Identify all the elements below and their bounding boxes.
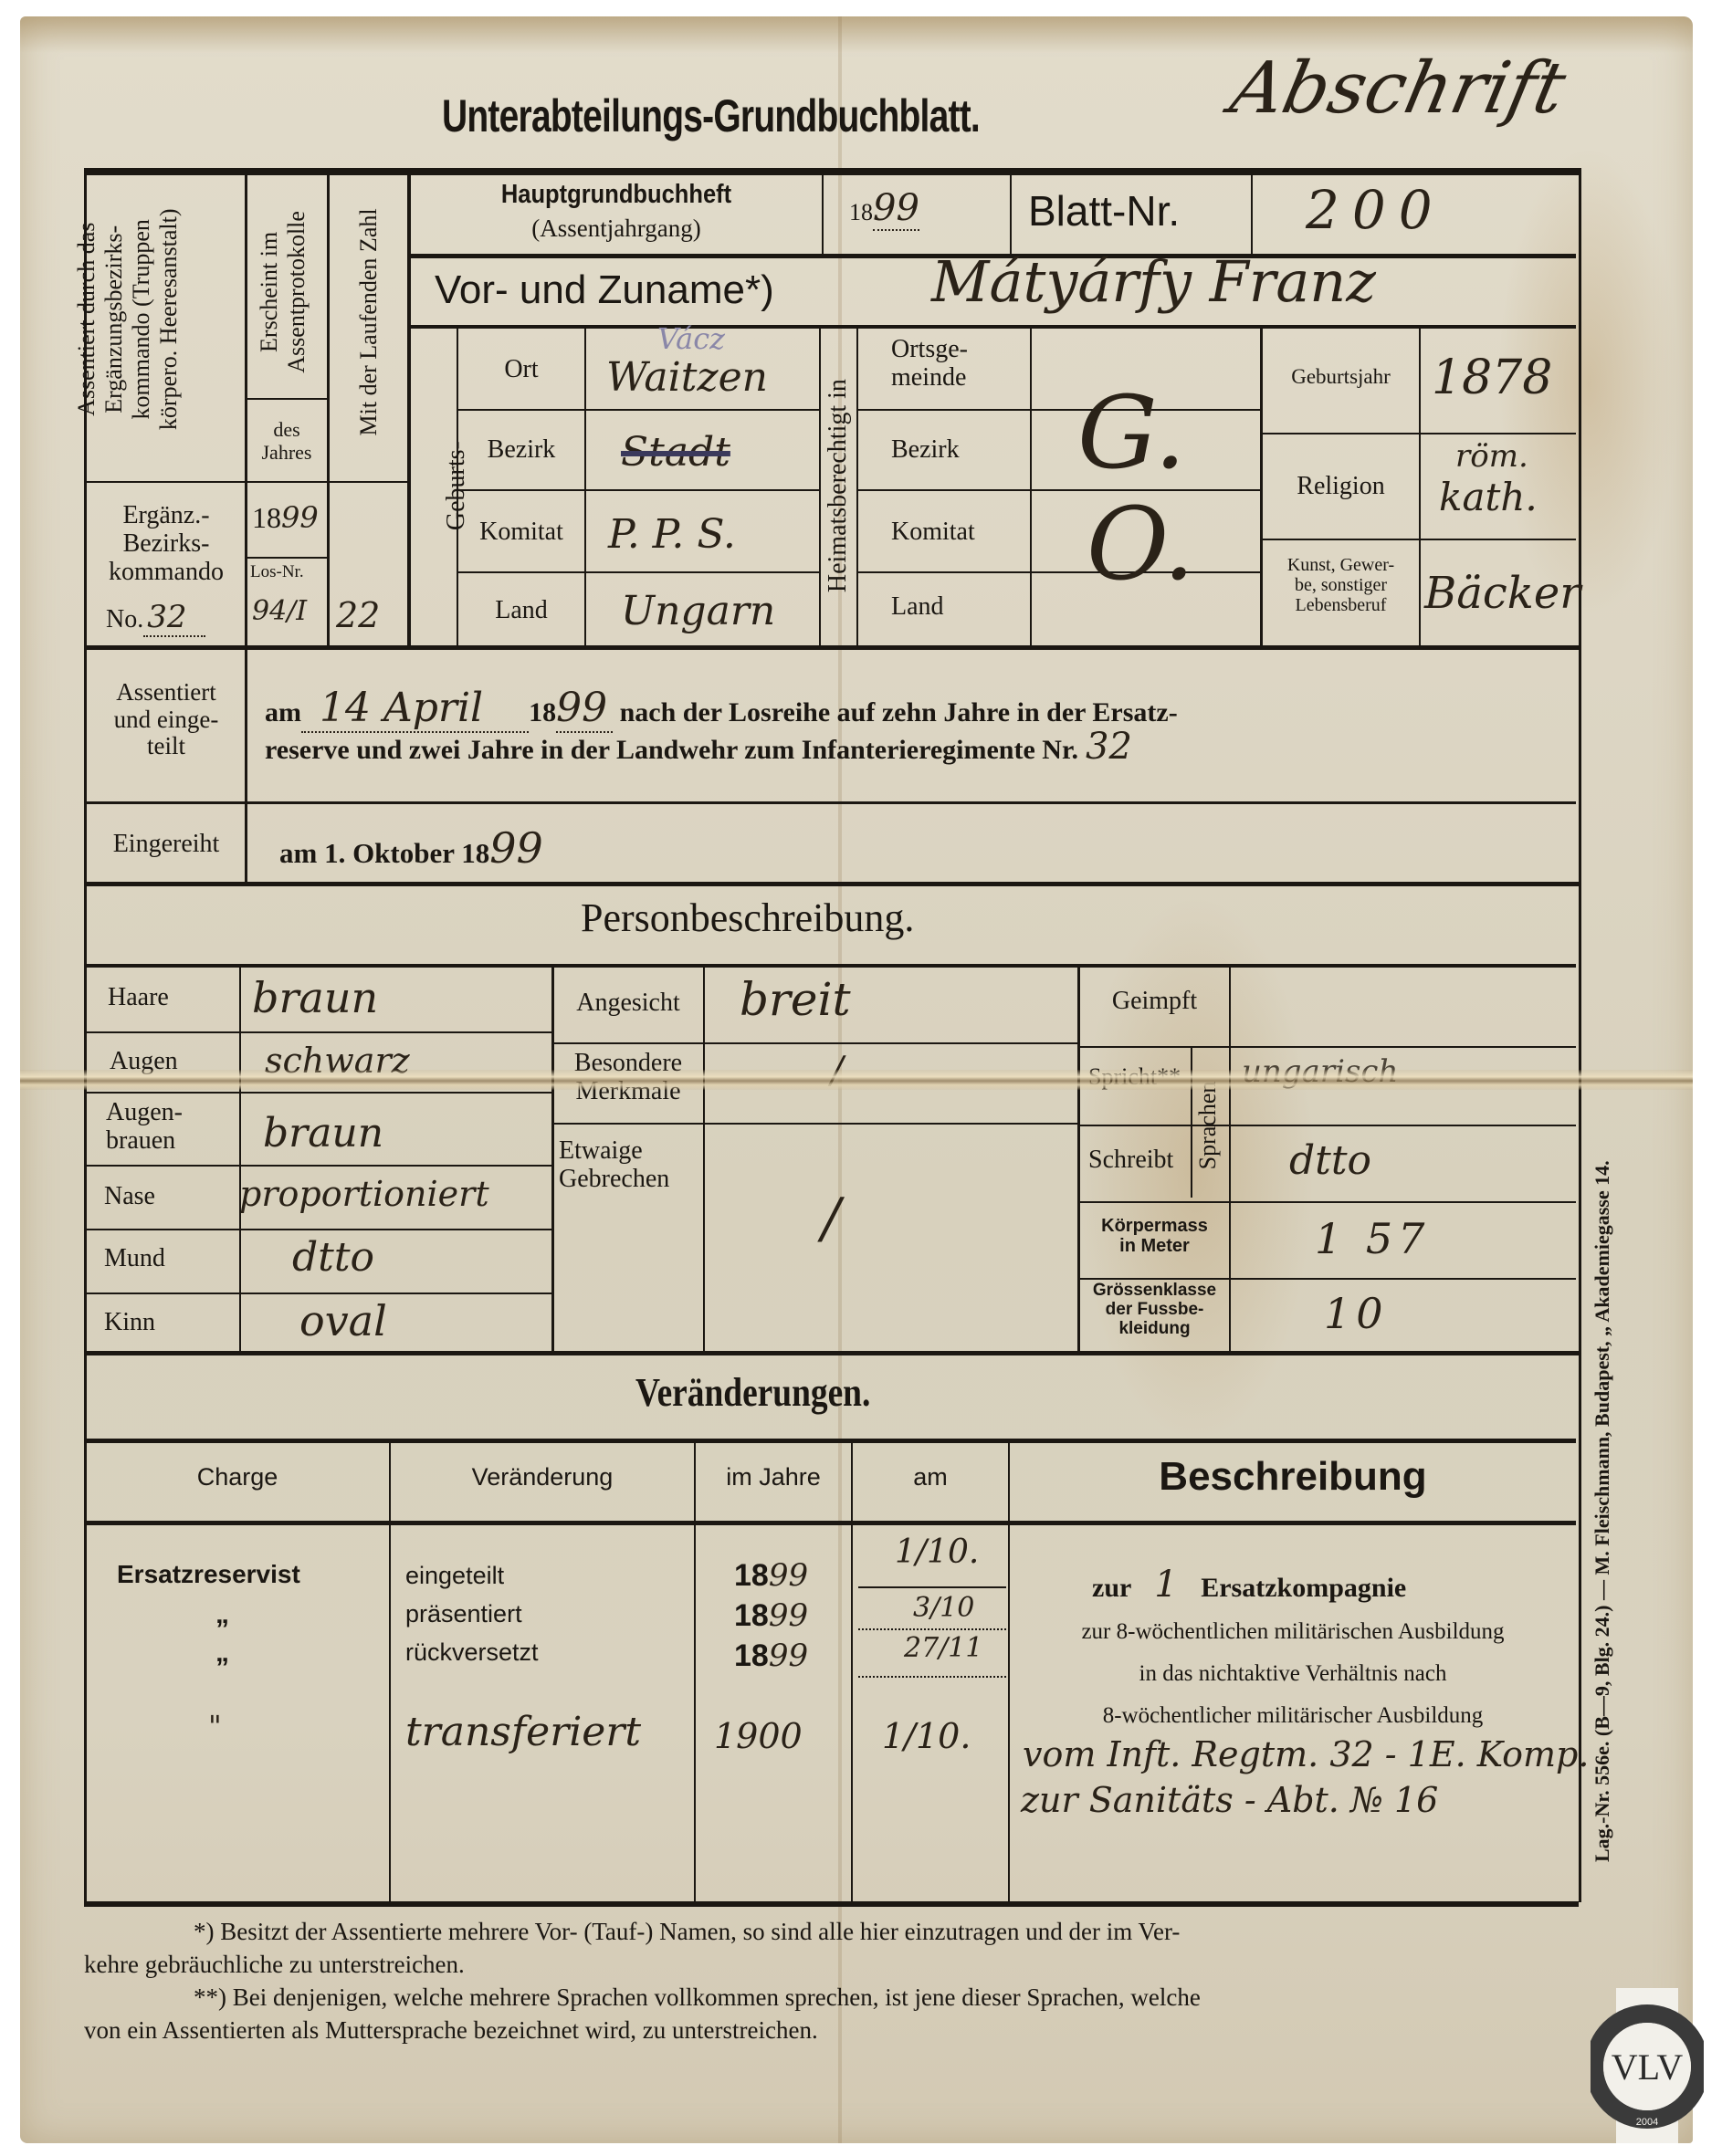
- nase-label: Nase: [104, 1183, 155, 1211]
- eingereiht-label: Eingereiht: [88, 831, 245, 859]
- divider: [86, 481, 246, 483]
- assentjahrgang-value: 1899: [849, 188, 919, 228]
- footnote-1-line2: kehre gebräuchliche zu unterstreichen.: [84, 1950, 465, 1979]
- ergaenz-label: Ergänz.- Bezirks- kommando: [88, 502, 245, 586]
- sprachen-group-label: Sprachen: [1194, 1075, 1222, 1176]
- col-veraenderung: Veränderung: [391, 1464, 694, 1491]
- geburts-ort-value: Waitzen: [606, 354, 768, 401]
- row1-am: 1/10.: [895, 1533, 979, 1571]
- assentiert-line1: am14 April1899 nach der Losreihe auf zeh…: [265, 686, 1178, 730]
- los-nr-value: 94/I: [252, 595, 307, 627]
- divider: [329, 481, 409, 483]
- assentiert-line2: reserve und zwei Jahre in der Landwehr z…: [265, 727, 1132, 767]
- archive-stamp: VLV 2004: [1591, 1988, 1704, 2143]
- row2-am: 3/10: [913, 1592, 974, 1624]
- geburtsjahr-label: Geburtsjahr: [1263, 365, 1419, 388]
- blatt-nr-label: Blatt-Nr.: [1028, 188, 1180, 235]
- schreibt-label: Schreibt: [1088, 1146, 1173, 1175]
- row3-veraenderung: rückversetzt: [405, 1639, 539, 1667]
- mund-label: Mund: [104, 1245, 165, 1273]
- divider: [822, 175, 824, 254]
- divider: [1263, 433, 1576, 434]
- divider: [1419, 329, 1421, 645]
- divider: [856, 329, 858, 645]
- divider: [1080, 1278, 1576, 1280]
- footnote-1-line1: *) Besitzt der Assentierte mehrere Vor- …: [194, 1917, 1180, 1946]
- footnote-2-line1: **) Bei denjenigen, welche mehrere Sprac…: [194, 1983, 1201, 2012]
- divider: [1030, 329, 1032, 645]
- divider: [1251, 175, 1253, 254]
- name-label: Vor- und Zuname*): [435, 268, 774, 312]
- kommando-no-label: No.32: [106, 601, 205, 634]
- groessenklasse-label: Grössenklasse der Fussbe- kleidung: [1080, 1282, 1229, 1339]
- geburts-land-label: Land: [458, 597, 584, 625]
- haare-value: braun: [252, 973, 378, 1022]
- top-rule: [84, 168, 1579, 175]
- augenbrauen-value: braun: [263, 1110, 383, 1156]
- heimat-land-label: Land: [891, 593, 944, 622]
- row2-jahr: 1899: [734, 1599, 808, 1633]
- divider: [851, 1443, 853, 1901]
- beschreibung-hand1: vom Inft. Regtm. 32 - 1E. Komp.: [1023, 1734, 1589, 1774]
- horizontal-fold: [20, 1070, 1693, 1090]
- row4-veraenderung: transferiert: [405, 1709, 641, 1755]
- row1-charge: Ersatzreservist: [117, 1561, 300, 1589]
- jahres-value: 1899: [252, 502, 319, 534]
- hauptgrundbuchheft-label: Hauptgrundbuchheft: [439, 181, 793, 210]
- divider: [86, 964, 1576, 968]
- row2-veraenderung: präsentiert: [405, 1601, 522, 1628]
- row3-charge: „: [215, 1638, 229, 1668]
- religion-value-line1: röm.: [1455, 438, 1528, 475]
- beschreibung-line1: zur 1 Ersatzkompagnie: [1092, 1565, 1406, 1605]
- geimpft-label: Geimpft: [1080, 988, 1229, 1016]
- divider: [247, 557, 327, 559]
- mund-value: dtto: [292, 1234, 374, 1281]
- divider: [819, 329, 821, 645]
- kinn-value: oval: [299, 1296, 387, 1345]
- blatt-nr-value: 200: [1306, 179, 1445, 241]
- heimat-ortsgemeinde-label: Ortsge- meinde: [891, 336, 968, 392]
- gebrechen-label: Etwaige Gebrechen: [559, 1137, 669, 1194]
- heimat-komitat-label: Komitat: [891, 518, 975, 547]
- bottom-rule: [84, 1901, 1579, 1907]
- geburts-land-value: Ungarn: [621, 588, 775, 634]
- angesicht-label: Angesicht: [553, 989, 703, 1018]
- name-value: Mátyárfy Franz: [931, 248, 1376, 315]
- divider: [247, 398, 327, 400]
- row1-veraenderung: eingeteilt: [405, 1563, 504, 1590]
- row4-jahr: 1900: [714, 1716, 803, 1756]
- koerpermass-label: Körpermass in Meter: [1080, 1216, 1229, 1256]
- geburts-komitat-value: P. P. S.: [608, 511, 736, 558]
- kinn-label: Kinn: [104, 1309, 155, 1337]
- divider: [1229, 968, 1231, 1351]
- divider: [551, 968, 554, 1351]
- divider: [245, 175, 247, 645]
- divider: [858, 1586, 1006, 1588]
- divider: [327, 175, 330, 645]
- row4-am: 1/10.: [882, 1716, 971, 1756]
- divider: [458, 571, 819, 573]
- divider: [86, 1439, 1576, 1443]
- schreibt-value: dtto: [1289, 1137, 1371, 1184]
- geburts-bezirk-label: Bezirk: [458, 436, 584, 465]
- divider: [247, 481, 327, 483]
- geburts-ort-label: Ort: [458, 356, 584, 384]
- divider: [1010, 175, 1012, 254]
- printer-imprint: Lag.-Nr. 556e. (B—9, Blg. 24.) — M. Flei…: [1591, 1160, 1614, 1862]
- divider: [458, 489, 819, 491]
- divider: [553, 1042, 1077, 1044]
- religion-value-line2: kath.: [1439, 475, 1538, 519]
- col-am: am: [853, 1464, 1008, 1491]
- los-nr-label: Los-Nr.: [250, 562, 304, 582]
- footnote-2-line2: von ein Assentierten als Muttersprache b…: [84, 2015, 818, 2045]
- heimat-value-g: G.: [1077, 374, 1186, 491]
- beschreibung-line4: 8-wöchentlicher militärischer Ausbildung: [1010, 1703, 1576, 1729]
- geburtsjahr-value: 1878: [1432, 351, 1552, 405]
- geburts-ort-pencil-note: Vácz: [657, 321, 725, 356]
- divider: [86, 1293, 551, 1294]
- divider: [86, 1165, 551, 1167]
- koerpermass-value: 1 57: [1315, 1214, 1430, 1263]
- laufende-zahl-label: Mit der Laufenden Zahl: [355, 185, 383, 459]
- divider: [84, 882, 1579, 886]
- assentiert-label: Assentiert und einge- teilt: [88, 679, 245, 760]
- divider: [389, 1443, 391, 1901]
- beschreibung-hand2: zur Sanitäts - Abt. № 16: [1021, 1780, 1438, 1820]
- beschreibung-line2: zur 8-wöchentlichen militärischen Ausbil…: [1010, 1619, 1576, 1645]
- svg-text:VLV: VLV: [1612, 2046, 1684, 2088]
- kompanie-value: 1: [1138, 1564, 1193, 1606]
- divider: [1080, 1046, 1576, 1048]
- heimatsberechtigt-group-label: Heimatsberechtigt in: [824, 349, 853, 623]
- assentiert-durch-label: Assentiert durch das Ergänzungsbezirks- …: [73, 183, 183, 456]
- gebrechen-value: /: [822, 1187, 840, 1251]
- divider: [858, 1676, 1006, 1680]
- row1-jahr: 1899: [734, 1559, 808, 1593]
- divider: [458, 409, 819, 411]
- divider: [86, 1031, 551, 1033]
- assentjahrgang-label: (Assentjahrgang): [415, 215, 817, 243]
- divider: [84, 645, 1579, 650]
- beruf-value: Bäcker: [1424, 568, 1580, 619]
- divider: [553, 1123, 1077, 1125]
- divider: [858, 489, 1260, 491]
- divider: [84, 1351, 1579, 1355]
- row4-charge: ": [208, 1709, 222, 1743]
- divider: [858, 409, 1260, 411]
- nase-value: proportioniert: [239, 1174, 489, 1214]
- divider: [584, 329, 586, 645]
- angesicht-value: breit: [740, 973, 851, 1026]
- geburts-bezirk-value: Stadt: [621, 429, 730, 476]
- abschrift-annotation: Abschrift: [1223, 47, 1572, 130]
- divider: [703, 968, 705, 1351]
- document-title: Unterabteilungs-Grundbuchblatt.: [442, 89, 980, 142]
- row3-jahr: 1899: [734, 1639, 808, 1673]
- divider: [1263, 539, 1576, 540]
- divider: [245, 650, 247, 884]
- geburts-komitat-label: Komitat: [458, 518, 584, 547]
- divider: [86, 1092, 551, 1094]
- col-beschreibung: Beschreibung: [1010, 1455, 1576, 1499]
- regiment-value: 32: [1078, 726, 1132, 768]
- col-im-jahre: im Jahre: [696, 1464, 851, 1491]
- divider: [1080, 1125, 1576, 1126]
- svg-text:2004: 2004: [1636, 2117, 1658, 2128]
- divider: [694, 1443, 696, 1901]
- eingereiht-value: am 1. Oktober 1899: [279, 825, 543, 872]
- veraenderungen-title: Veränderungen.: [635, 1369, 870, 1416]
- augenbrauen-label: Augen- brauen: [106, 1099, 183, 1156]
- heimat-value-o: O.: [1087, 486, 1195, 602]
- personbeschreibung-title: Personbeschreibung.: [581, 895, 914, 941]
- haare-label: Haare: [108, 984, 169, 1012]
- divider: [407, 175, 411, 645]
- groessenklasse-value: 10: [1324, 1289, 1389, 1338]
- kommando-no-value: 32: [143, 599, 205, 637]
- divider: [1080, 1201, 1576, 1203]
- erscheint-im-label: Erscheint im Assentprotokolle: [256, 187, 310, 397]
- heimat-bezirk-label: Bezirk: [891, 436, 960, 465]
- row2-charge: „: [215, 1599, 229, 1629]
- beschreibung-line3: in das nichtaktive Verhältnis nach: [1010, 1661, 1576, 1687]
- des-jahres-label: des Jahres: [248, 418, 325, 465]
- col-charge: Charge: [86, 1464, 389, 1491]
- divider: [86, 1229, 551, 1230]
- laufende-zahl-value: 22: [336, 595, 380, 635]
- religion-label: Religion: [1263, 473, 1419, 501]
- vac-archive-logo-icon: VLV 2004: [1591, 1988, 1704, 2143]
- beruf-label: Kunst, Gewer- be, sonstiger Lebensberuf: [1263, 555, 1419, 615]
- row3-am: 27/11: [904, 1632, 982, 1664]
- divider: [858, 571, 1260, 573]
- divider: [86, 801, 1576, 804]
- divider: [86, 1521, 1576, 1525]
